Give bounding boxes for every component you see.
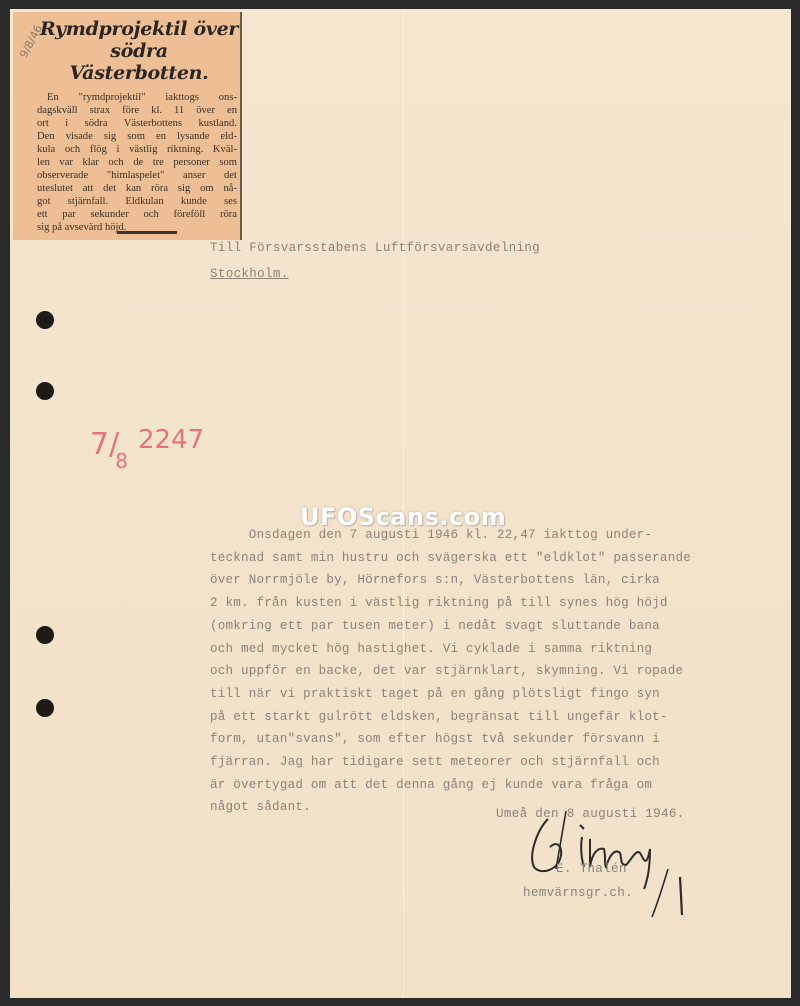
letter-line: och med mycket hög hastighet. Vi cyklade… [210,638,800,661]
letter-line: tecknad samt min hustru och svägerska et… [210,547,800,570]
letter-line: (omkring ett par tusen meter) i nedåt sv… [210,615,800,638]
red-pencil-annotation: 7/82247 [90,427,204,462]
annotation-month: 8 [115,449,128,473]
clipping-line: ett par sekunder och föreföll röra [37,208,237,221]
signer-title: hemvärnsgr.ch. [523,886,633,900]
newspaper-clipping: 9/8/46 Rymdprojektil över södra Västerbo… [13,12,242,240]
clipping-line: En "rymdprojektil" iakttogs ons- [37,91,237,104]
clipping-line: uteslutet att det kan röra sig om nå- [37,182,237,195]
clipping-line: kula och flög i västlig riktning. Kväl- [37,143,237,156]
punch-hole-icon [36,699,54,717]
clipping-headline-line-2: södra Västerbotten. [39,40,239,84]
annotation-day: 7 [90,427,109,462]
letter-line: till när vi praktiskt taget på en gång p… [210,683,800,706]
recipient-line-2: Stockholm. [210,267,289,281]
letter-line: och uppför en backe, det var stjärnklart… [210,660,800,683]
punch-hole-icon [36,382,54,400]
annotation-time: 2247 [138,425,204,455]
clipping-rule-divider [117,231,177,234]
clipping-line: len var klar och de tre personer som [37,156,237,169]
clipping-body: En "rymdprojektil" iakttogs ons- dagskvä… [37,91,237,234]
clipping-line: dagskväll strax före kl. 11 över en [37,104,237,117]
clipping-line: observerade "himlaspelet" anser det [37,169,237,182]
clipping-line: got stjärnfall. Eldkulan kunde ses [37,195,237,208]
punch-hole-icon [36,626,54,644]
punch-hole-icon [36,311,54,329]
letter-line: är övertygad om att det denna gång ej ku… [210,774,800,797]
letter-line: form, utan"svans", som efter högst två s… [210,728,800,751]
letter-line: fjärran. Jag har tidigare sett meteorer … [210,751,800,774]
letter-body: Onsdagen den 7 augusti 1946 kl. 22,47 ia… [210,524,800,819]
letter-line: 2 km. från kusten i västlig riktning på … [210,592,800,615]
letter-line: på ett starkt gulrött eldsken, begränsat… [210,706,800,729]
letter-line: Onsdagen den 7 augusti 1946 kl. 22,47 ia… [210,524,800,547]
clipping-headline: Rymdprojektil över södra Västerbotten. [39,18,239,84]
recipient-line-1: Till Försvarsstabens Luftförsvarsavdelni… [210,241,540,255]
scanned-letter-page: 9/8/46 Rymdprojektil över södra Västerbo… [10,9,791,998]
clipping-line: Den visade sig som en lysande eld- [37,130,237,143]
clipping-line: ort i södra Västerbottens kustland. [37,117,237,130]
clipping-headline-line-1: Rymdprojektil över [39,18,239,40]
signer-name: E. Thalén [556,862,627,876]
letter-line: över Norrmjöle by, Hörnefors s:n, Väster… [210,569,800,592]
